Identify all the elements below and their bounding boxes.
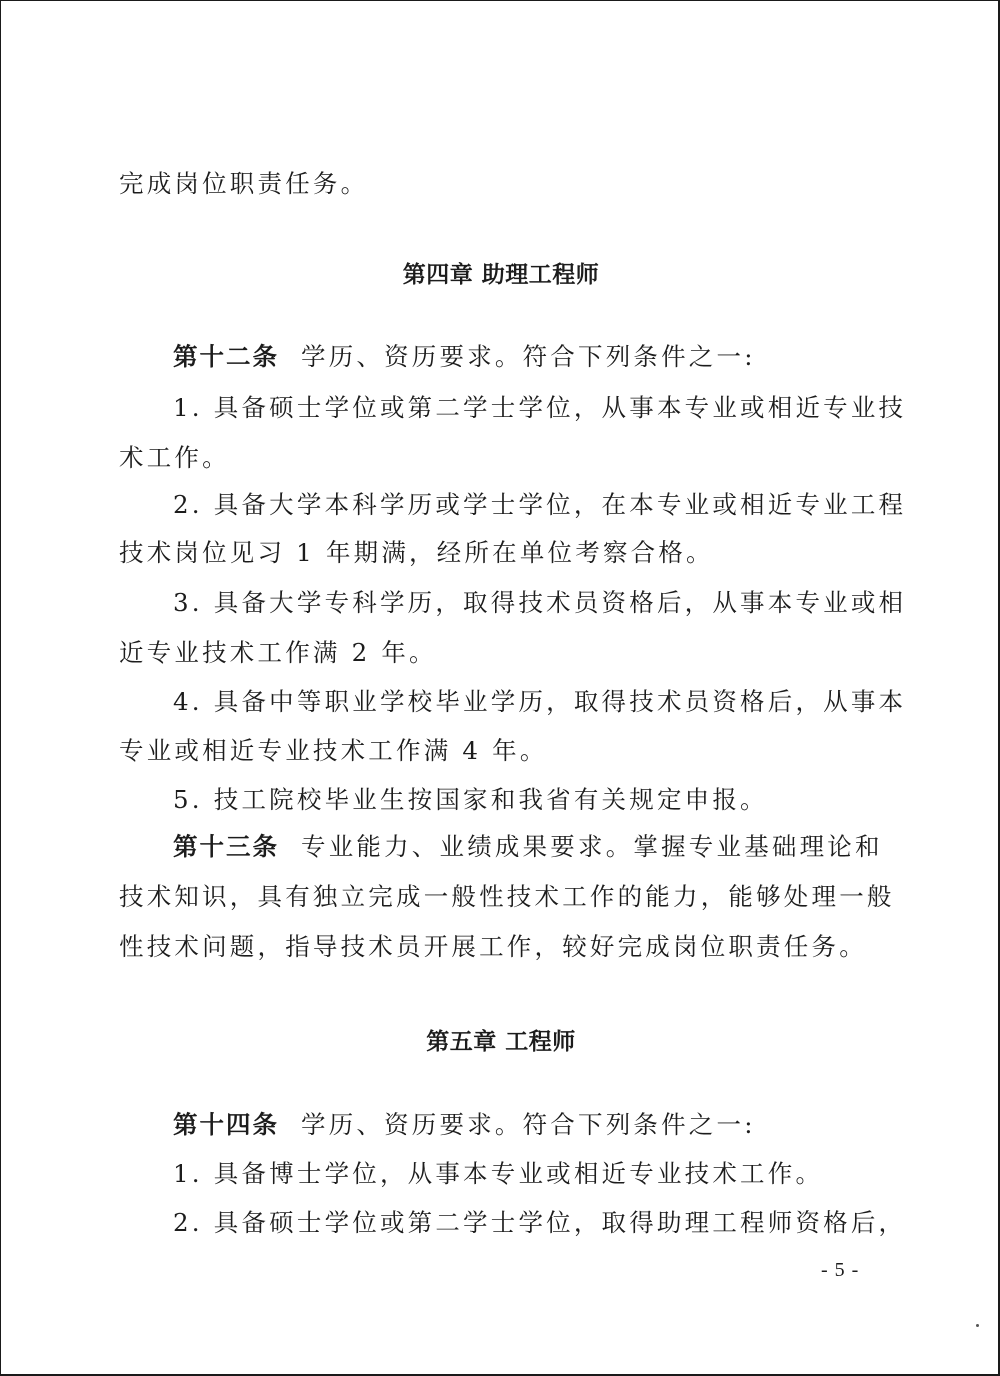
article-12-item-2-line-1: 2. 具备大学本科学历或学士学位，在本专业或相近专业工程 (173, 488, 906, 522)
chapter-4-title: 第四章 助理工程师 (1, 258, 1000, 292)
article-14: 第十四条学历、资历要求。符合下列条件之一: (173, 1108, 756, 1142)
continuation-text: 完成岗位职责任务。 (119, 167, 368, 201)
article-13-line-3: 性技术问题，指导技术员开展工作，较好完成岗位职责任务。 (119, 930, 867, 964)
article-12-item-4-line-2: 专业或相近专业技术工作满 4 年。 (119, 734, 548, 768)
article-12-item-1-line-2: 术工作。 (119, 441, 230, 475)
article-12-label: 第十二条 (173, 342, 279, 371)
article-14-item-2-line-1: 2. 具备硕士学位或第二学士学位，取得助理工程师资格后， (173, 1206, 906, 1240)
article-14-label: 第十四条 (173, 1110, 279, 1139)
chapter-5-title: 第五章 工程师 (1, 1025, 1000, 1059)
page-number: - 5 - (821, 1259, 859, 1282)
article-13-line-1: 专业能力、业绩成果要求。掌握专业基础理论和 (301, 832, 883, 861)
document-page: 完成岗位职责任务。 第四章 助理工程师 第十二条学历、资历要求。符合下列条件之一… (0, 0, 1000, 1376)
article-13: 第十三条专业能力、业绩成果要求。掌握专业基础理论和 (173, 830, 883, 864)
article-14-item-1: 1. 具备博士学位，从事本专业或相近专业技术工作。 (173, 1157, 823, 1191)
article-12-item-2-line-2: 技术岗位见习 1 年期满，经所在单位考察合格。 (119, 536, 714, 570)
article-12: 第十二条学历、资历要求。符合下列条件之一: (173, 340, 756, 374)
article-12-text: 学历、资历要求。符合下列条件之一: (301, 342, 756, 371)
article-13-label: 第十三条 (173, 832, 279, 861)
article-12-item-5: 5. 技工院校毕业生按国家和我省有关规定申报。 (173, 783, 768, 817)
article-12-item-3-line-1: 3. 具备大学专科学历，取得技术员资格后，从事本专业或相 (173, 586, 906, 620)
article-14-text: 学历、资历要求。符合下列条件之一: (301, 1110, 756, 1139)
scan-speck (976, 1324, 979, 1327)
article-12-item-3-line-2: 近专业技术工作满 2 年。 (119, 636, 437, 670)
article-12-item-4-line-1: 4. 具备中等职业学校毕业学历，取得技术员资格后，从事本 (173, 685, 906, 719)
article-13-line-2: 技术知识，具有独立完成一般性技术工作的能力，能够处理一般 (119, 880, 895, 914)
article-12-item-1-line-1: 1. 具备硕士学位或第二学士学位，从事本专业或相近专业技 (173, 391, 906, 425)
